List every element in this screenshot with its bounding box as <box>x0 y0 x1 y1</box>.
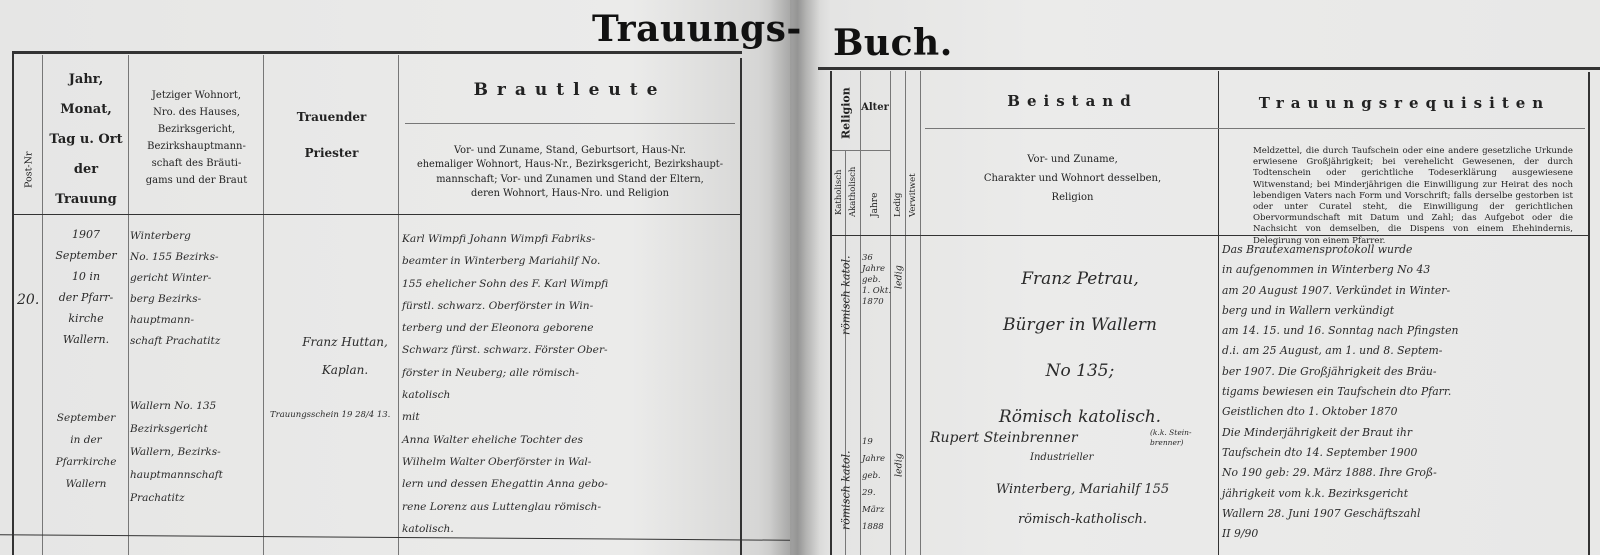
entry-priest-note: Trauungsschein 19 28/4 13. <box>270 410 400 420</box>
divider <box>398 55 399 555</box>
header-line: Bezirksgericht, <box>158 121 235 138</box>
entry-witness-1: Franz Petrau, Bürger in Wallern No 135; … <box>945 256 1215 440</box>
header-residence: Jetziger Wohnort, Nro. des Hauses, Bezir… <box>130 78 263 198</box>
header-couple-desc: Vor- und Zuname, Stand, Geburtsort, Haus… <box>400 140 740 205</box>
header-line: Vor- und Zuname, Stand, Geburtsort, Haus… <box>454 144 686 159</box>
entry-groom-residence: Winterberg No. 155 Bezirks- gericht Wint… <box>130 226 265 352</box>
header-line: mannschaft; Vor- und Zunamen und Stand d… <box>436 173 704 188</box>
header-line: ehemaliger Wohnort, Haus-Nr., Bezirksger… <box>417 158 723 173</box>
header-line: gams und der Braut <box>146 172 247 189</box>
entry-witness-2-address: Winterberg, Mariahilf 155 römisch-kathol… <box>950 475 1215 535</box>
entry-witness-2-role: Industrieller <box>1030 452 1180 463</box>
header-line: schaft des Bräuti- <box>152 155 242 172</box>
header-line: Tag u. Ort <box>49 125 122 155</box>
divider <box>925 128 1585 129</box>
entry-bride-religion: römisch katol. <box>833 430 859 550</box>
left-top-rule <box>12 51 742 54</box>
divider <box>832 150 890 151</box>
entry-witness-2-name: Rupert Steinbrenner <box>930 430 1090 446</box>
header-line: Religion <box>1052 188 1094 207</box>
header-priest: Trauender Priester <box>265 100 398 170</box>
header-religion: Religion <box>833 80 859 146</box>
book-gutter <box>770 0 820 555</box>
header-line: Trauender <box>297 99 367 135</box>
entry-witness-2-note: (k.k. Stein- brenner) <box>1150 428 1220 448</box>
right-outer-border <box>830 71 832 555</box>
header-post-nr: Post-Nr <box>18 130 40 210</box>
entry-bride-residence: Wallern No. 135 Bezirksgericht Wallern, … <box>130 395 265 510</box>
header-requisites-desc: Meldzettel, die durch Taufschein oder ei… <box>1253 146 1573 247</box>
left-right-border <box>740 58 742 555</box>
right-right-border <box>1588 72 1590 555</box>
divider <box>860 71 861 555</box>
entry-bride-status: ledig <box>893 440 905 490</box>
entry-number: 20. <box>17 292 39 308</box>
header-witness-title: Beistand <box>925 88 1220 114</box>
entry-couple-details: Karl Wimpfi Johann Wimpfi Fabriks- beamt… <box>402 228 737 540</box>
register-title-right: Buch. <box>833 22 953 64</box>
header-katholisch: Katholisch <box>832 152 846 232</box>
header-line: Vor- und Zuname, <box>1027 150 1118 169</box>
entry-bride-age: 19 Jahre geb. 29. März 1888 <box>862 434 892 536</box>
entry-requisites: Das Brautexamensprotokoll wurde in aufge… <box>1222 240 1587 544</box>
header-verwitwet: Verwitwet <box>906 165 920 225</box>
header-witness-desc: Vor- und Zuname, Charakter und Wohnort d… <box>925 148 1220 208</box>
header-couple-title: Brautleute <box>400 75 740 105</box>
entry-priest-signature: Franz Huttan, Kaplan. <box>290 328 400 384</box>
header-line: Bezirkshauptmann- <box>147 138 246 155</box>
entry-bride-date: September in der Pfarrkirche Wallern <box>42 407 130 495</box>
divider <box>905 71 906 555</box>
header-alter: Alter <box>860 95 890 119</box>
entry-groom-status: ledig <box>893 255 905 300</box>
header-ledig: Ledig <box>891 185 905 225</box>
header-date-place: Jahr, Monat, Tag u. Ort der Trauung <box>44 70 128 210</box>
left-outer-border <box>12 51 14 555</box>
divider <box>920 71 921 555</box>
header-requisites-title: Trauungsrequisiten <box>1222 90 1587 116</box>
header-line: Jetziger Wohnort, <box>152 87 241 104</box>
entry-groom-religion: römisch katol. <box>833 240 859 350</box>
header-line: Jahr, <box>69 65 103 95</box>
header-line: Monat, <box>60 95 111 125</box>
header-line: Nro. des Hauses, <box>153 104 240 121</box>
header-jahre: Jahre <box>862 185 888 225</box>
header-line: Charakter und Wohnort desselben, <box>984 169 1161 188</box>
register-title-left: Trauungs- <box>592 8 802 50</box>
divider <box>405 123 735 124</box>
header-line: deren Wohnort, Haus-Nro. und Religion <box>471 187 669 202</box>
header-line: Priester <box>305 135 359 171</box>
entry-groom-age: 36 Jahre geb. 1. Okt. 1870 <box>862 253 892 308</box>
entry-groom-date: 1907 September 10 in der Pfarr- kirche W… <box>42 224 130 350</box>
header-line: der Trauung <box>44 155 128 215</box>
right-top-rule <box>818 67 1600 70</box>
header-akatholisch: Akatholisch <box>846 152 860 232</box>
divider <box>1218 71 1219 555</box>
